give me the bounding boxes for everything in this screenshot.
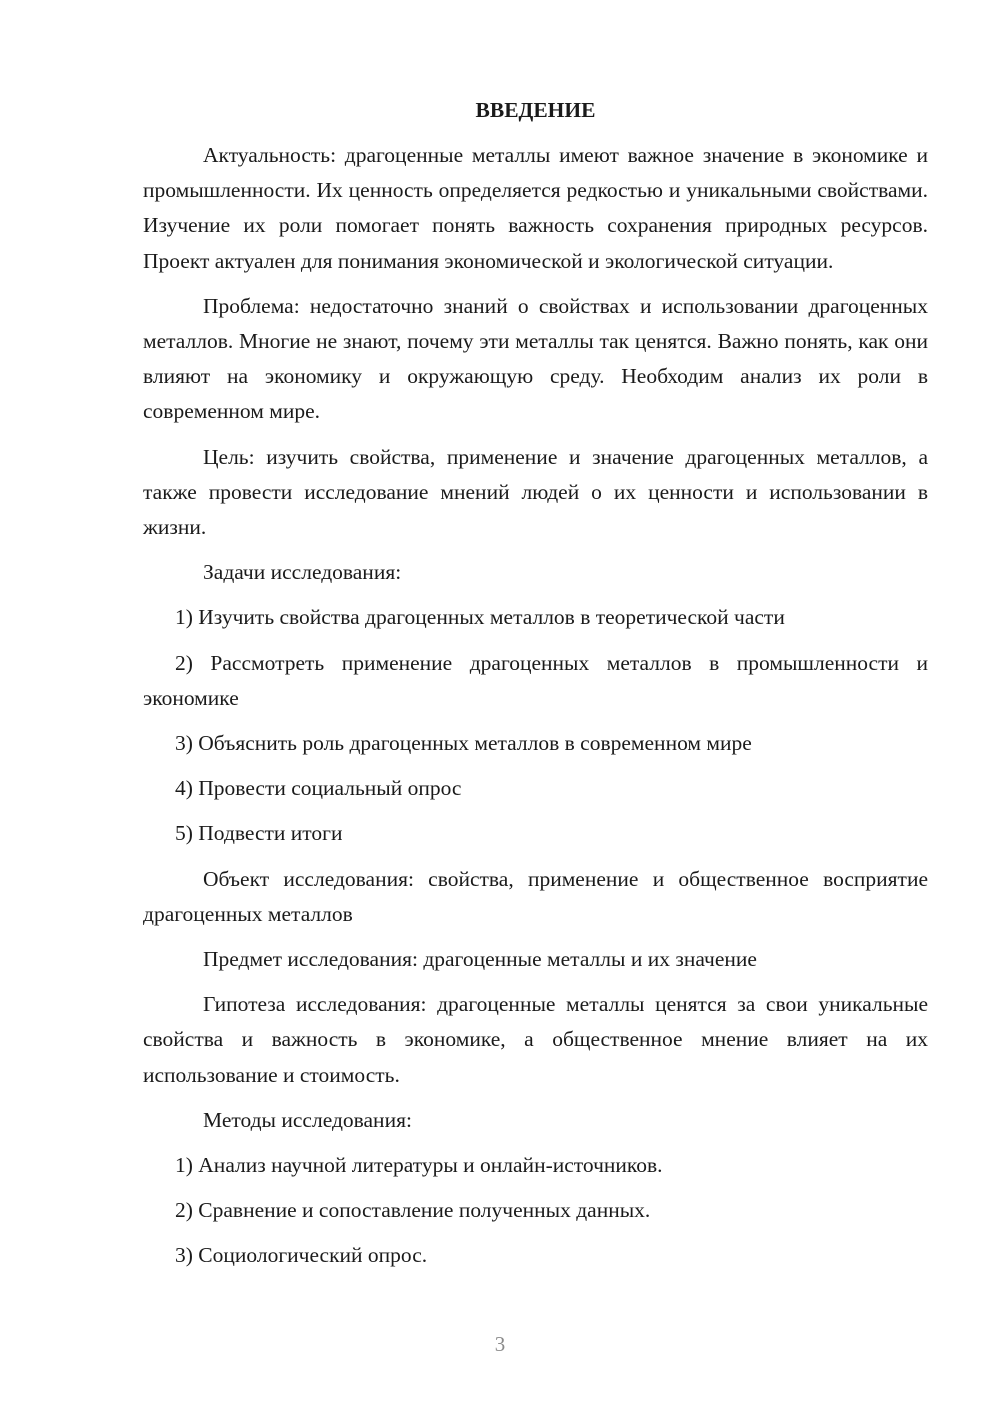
methods-heading: Методы исследования: — [143, 1103, 928, 1138]
page-content: ВВЕДЕНИЕ Актуальность: драгоценные метал… — [143, 93, 928, 1284]
problem-paragraph: Проблема: недостаточно знаний о свойства… — [143, 289, 928, 430]
hypothesis-paragraph: Гипотеза исследования: драгоценные метал… — [143, 987, 928, 1093]
task-item: 3) Объяснить роль драгоценных металлов в… — [143, 726, 928, 761]
task-item: 1) Изучить свойства драгоценных металлов… — [143, 600, 928, 635]
method-item: 2) Сравнение и сопоставление полученных … — [143, 1193, 928, 1228]
object-paragraph: Объект исследования: свойства, применени… — [143, 862, 928, 932]
tasks-list: 1) Изучить свойства драгоценных металлов… — [143, 600, 928, 851]
subject-paragraph: Предмет исследования: драгоценные металл… — [143, 942, 928, 977]
page-number: 3 — [0, 1332, 1000, 1357]
method-item: 1) Анализ научной литературы и онлайн-ис… — [143, 1148, 928, 1183]
document-page: ВВЕДЕНИЕ Актуальность: драгоценные метал… — [0, 0, 1000, 1414]
methods-list: 1) Анализ научной литературы и онлайн-ис… — [143, 1148, 928, 1274]
task-item: 4) Провести социальный опрос — [143, 771, 928, 806]
goal-paragraph: Цель: изучить свойства, применение и зна… — [143, 440, 928, 546]
task-item: 5) Подвести итоги — [143, 816, 928, 851]
relevance-paragraph: Актуальность: драгоценные металлы имеют … — [143, 138, 928, 279]
section-title: ВВЕДЕНИЕ — [143, 93, 928, 128]
method-item: 3) Социологический опрос. — [143, 1238, 928, 1273]
tasks-heading: Задачи исследования: — [143, 555, 928, 590]
task-item: 2) Рассмотреть применение драгоценных ме… — [143, 646, 928, 716]
